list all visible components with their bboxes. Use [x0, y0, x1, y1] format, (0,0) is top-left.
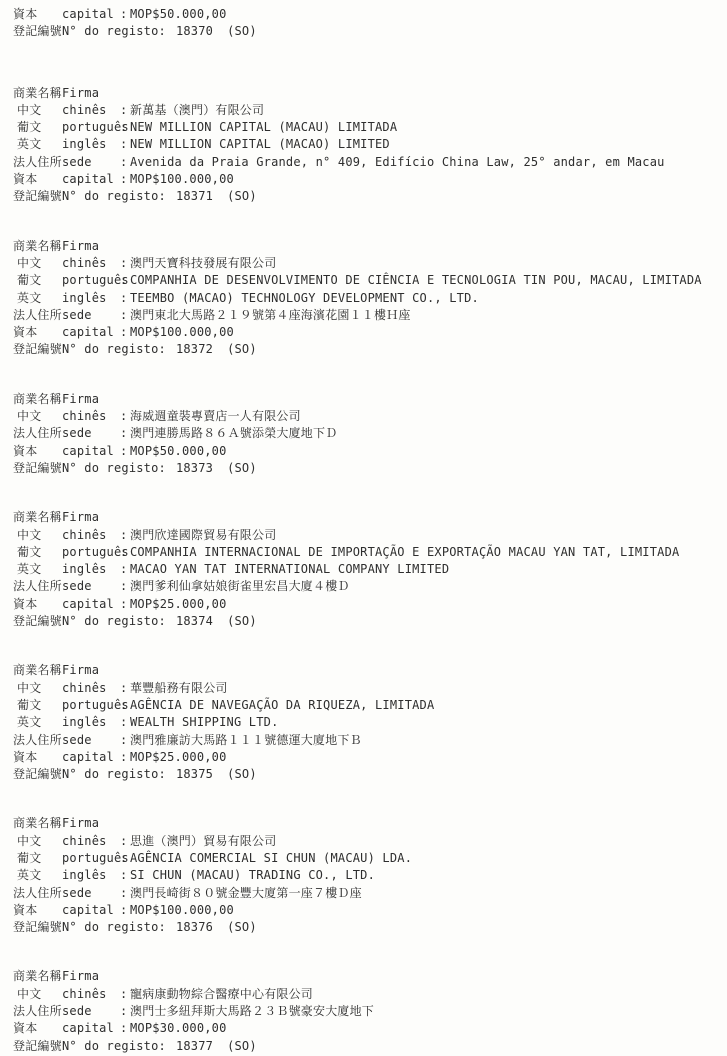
colon-separator: :	[120, 697, 130, 714]
capital-value: MOP$100.000,00	[130, 324, 234, 341]
english-label-pt: inglês	[62, 136, 120, 153]
registo-label-zh: 登記編號	[13, 23, 62, 40]
portuguese-label-zh: 葡文	[13, 697, 62, 714]
colon-separator: :	[120, 850, 130, 867]
firma-label-zh: 商業名稱	[13, 85, 62, 102]
chinese-name-row: 中文 chinês : 新萬基（澳門）有限公司	[13, 102, 721, 119]
registo-row: 登記編號 N° do registo: 18375 (SO)	[13, 766, 721, 783]
portuguese-name-value: AGÊNCIA DE NAVEGAÇÃO DA RIQUEZA, LIMITAD…	[130, 697, 434, 714]
sede-label-zh: 法人住所	[13, 732, 62, 749]
firma-row: 商業名稱 Firma	[13, 238, 721, 255]
registo-row: 登記編號 N° do registo: 18370 (SO)	[13, 23, 721, 40]
colon-separator: :	[120, 544, 130, 561]
sede-row: 法人住所 sede : Avenida da Praia Grande, n° …	[13, 154, 721, 171]
chinese-label-zh: 中文	[13, 255, 62, 272]
capital-label-pt: capital	[62, 443, 120, 460]
portuguese-name-value: COMPANHIA DE DESENVOLVIMENTO DE CIÊNCIA …	[130, 272, 702, 289]
registry-entry: 商業名稱 Firma 中文 chinês : 寵病康動物綜合醫療中心有限公司 法…	[13, 968, 721, 1054]
colon-separator: :	[120, 1020, 130, 1037]
english-label-zh: 英文	[13, 714, 62, 731]
colon-separator: :	[120, 527, 130, 544]
colon-separator: :	[120, 714, 130, 731]
registo-note: (SO)	[227, 460, 257, 477]
english-name-row: 英文 inglês : WEALTH SHIPPING LTD.	[13, 714, 721, 731]
registo-row: 登記編號 N° do registo: 18371 (SO)	[13, 188, 721, 205]
sede-value: 澳門士多紐拜斯大馬路２３Ｂ號豪安大廈地下	[130, 1003, 374, 1020]
firma-row: 商業名稱 Firma	[13, 85, 721, 102]
capital-row: 資本 capital : MOP$100.000,00	[13, 324, 721, 341]
sede-label-pt: sede	[62, 732, 120, 749]
portuguese-label-zh: 葡文	[13, 544, 62, 561]
capital-row: 資本 capital : MOP$50.000,00	[13, 443, 721, 460]
firma-label-zh: 商業名稱	[13, 238, 62, 255]
firma-label-pt: Firma	[62, 238, 120, 255]
colon-separator: :	[120, 732, 130, 749]
chinese-name-row: 中文 chinês : 寵病康動物綜合醫療中心有限公司	[13, 986, 721, 1003]
capital-value: MOP$50.000,00	[130, 6, 227, 23]
portuguese-label-pt: português	[62, 697, 120, 714]
portuguese-name-value: COMPANHIA INTERNACIONAL DE IMPORTAÇÃO E …	[130, 544, 679, 561]
registo-note: (SO)	[227, 341, 257, 358]
capital-row: 資本 capital : MOP$25.000,00	[13, 596, 721, 613]
capital-label-zh: 資本	[13, 6, 62, 23]
sede-label-pt: sede	[62, 425, 120, 442]
capital-label-pt: capital	[62, 171, 120, 188]
chinese-label-pt: chinês	[62, 527, 120, 544]
colon-separator: :	[120, 255, 130, 272]
english-name-value: NEW MILLION CAPITAL (MACAO) LIMITED	[130, 136, 390, 153]
chinese-label-pt: chinês	[62, 255, 120, 272]
registry-gazette-page: 資本 capital : MOP$50.000,00 登記編號 N° do re…	[0, 0, 727, 1056]
colon-separator: :	[120, 867, 130, 884]
english-name-value: MACAO YAN TAT INTERNATIONAL COMPANY LIMI…	[130, 561, 449, 578]
capital-row: 資本 capital : MOP$25.000,00	[13, 749, 721, 766]
capital-label-pt: capital	[62, 596, 120, 613]
chinese-name-row: 中文 chinês : 華豐船務有限公司	[13, 680, 721, 697]
registo-label-pt: N° do registo:	[62, 919, 166, 936]
colon-separator: :	[120, 272, 130, 289]
sede-label-zh: 法人住所	[13, 578, 62, 595]
registo-label-zh: 登記編號	[13, 188, 62, 205]
capital-value: MOP$30.000,00	[130, 1020, 227, 1037]
colon-separator: :	[120, 833, 130, 850]
colon-separator: :	[120, 154, 130, 171]
capital-label-zh: 資本	[13, 902, 62, 919]
registo-label-zh: 登記編號	[13, 341, 62, 358]
registry-entry: 商業名稱 Firma 中文 chinês : 海威週童裝專賣店一人有限公司 法人…	[13, 391, 721, 477]
english-label-pt: inglês	[62, 714, 120, 731]
registo-number: 18373	[176, 460, 213, 477]
registo-label-pt: N° do registo:	[62, 188, 166, 205]
sede-value: Avenida da Praia Grande, n° 409, Edifíci…	[130, 154, 665, 171]
portuguese-label-zh: 葡文	[13, 119, 62, 136]
english-name-row: 英文 inglês : NEW MILLION CAPITAL (MACAO) …	[13, 136, 721, 153]
chinese-name-row: 中文 chinês : 澳門天寶科技發展有限公司	[13, 255, 721, 272]
registo-label-pt: N° do registo:	[62, 341, 166, 358]
chinese-label-zh: 中文	[13, 833, 62, 850]
registo-label-pt: N° do registo:	[62, 613, 166, 630]
colon-separator: :	[120, 596, 130, 613]
english-name-row: 英文 inglês : SI CHUN (MACAU) TRADING CO.,…	[13, 867, 721, 884]
chinese-label-pt: chinês	[62, 680, 120, 697]
english-name-value: WEALTH SHIPPING LTD.	[130, 714, 279, 731]
chinese-label-pt: chinês	[62, 833, 120, 850]
english-name-row: 英文 inglês : MACAO YAN TAT INTERNATIONAL …	[13, 561, 721, 578]
registo-row: 登記編號 N° do registo: 18374 (SO)	[13, 613, 721, 630]
firma-label-pt: Firma	[62, 85, 120, 102]
registo-note: (SO)	[227, 188, 257, 205]
sede-label-pt: sede	[62, 578, 120, 595]
portuguese-label-pt: português	[62, 119, 120, 136]
chinese-name-value: 華豐船務有限公司	[130, 680, 228, 697]
firma-row: 商業名稱 Firma	[13, 509, 721, 526]
chinese-name-value: 思進（澳門）貿易有限公司	[130, 833, 276, 850]
portuguese-name-value: AGÊNCIA COMERCIAL SI CHUN (MACAU) LDA.	[130, 850, 412, 867]
sede-value: 澳門爹利仙拿姑娘街雀里宏昌大廈４樓Ｄ	[130, 578, 350, 595]
portuguese-name-row: 葡文 português : AGÊNCIA COMERCIAL SI CHUN…	[13, 850, 721, 867]
chinese-name-value: 澳門天寶科技發展有限公司	[130, 255, 276, 272]
sede-label-zh: 法人住所	[13, 425, 62, 442]
portuguese-name-value: NEW MILLION CAPITAL (MACAU) LIMITADA	[130, 119, 397, 136]
registo-label-pt: N° do registo:	[62, 460, 166, 477]
english-label-zh: 英文	[13, 867, 62, 884]
english-name-row: 英文 inglês : TEEMBO (MACAO) TECHNOLOGY DE…	[13, 290, 721, 307]
chinese-label-pt: chinês	[62, 102, 120, 119]
sede-row: 法人住所 sede : 澳門連勝馬路８６Ａ號添榮大廈地下Ｄ	[13, 425, 721, 442]
firma-row: 商業名稱 Firma	[13, 662, 721, 679]
registry-entry: 商業名稱 Firma 中文 chinês : 華豐船務有限公司 葡文 portu…	[13, 662, 721, 783]
colon-separator: :	[120, 307, 130, 324]
capital-label-pt: capital	[62, 6, 120, 23]
portuguese-name-row: 葡文 português : NEW MILLION CAPITAL (MACA…	[13, 119, 721, 136]
registo-label-zh: 登記編號	[13, 460, 62, 477]
english-label-zh: 英文	[13, 136, 62, 153]
entries-container: 商業名稱 Firma 中文 chinês : 新萬基（澳門）有限公司 葡文 po…	[13, 85, 721, 1055]
chinese-label-zh: 中文	[13, 527, 62, 544]
chinese-name-value: 海威週童裝專賣店一人有限公司	[130, 408, 301, 425]
chinese-name-value: 新萬基（澳門）有限公司	[130, 102, 264, 119]
colon-separator: :	[120, 902, 130, 919]
chinese-name-value: 澳門欣達國際貿易有限公司	[130, 527, 276, 544]
firma-label-zh: 商業名稱	[13, 815, 62, 832]
registry-entry: 商業名稱 Firma 中文 chinês : 澳門天寶科技發展有限公司 葡文 p…	[13, 238, 721, 359]
firma-label-zh: 商業名稱	[13, 509, 62, 526]
capital-label-pt: capital	[62, 902, 120, 919]
firma-label-pt: Firma	[62, 509, 120, 526]
capital-label-zh: 資本	[13, 749, 62, 766]
chinese-label-zh: 中文	[13, 408, 62, 425]
firma-row: 商業名稱 Firma	[13, 391, 721, 408]
sede-value: 澳門東北大馬路２１９號第４座海濱花園１１樓Ｈ座	[130, 307, 411, 324]
registo-number: 18372	[176, 341, 213, 358]
portuguese-name-row: 葡文 português : COMPANHIA INTERNACIONAL D…	[13, 544, 721, 561]
colon-separator: :	[120, 408, 130, 425]
capital-row: 資本 capital : MOP$30.000,00	[13, 1020, 721, 1037]
registo-row: 登記編號 N° do registo: 18377 (SO)	[13, 1038, 721, 1055]
english-name-value: SI CHUN (MACAU) TRADING CO., LTD.	[130, 867, 375, 884]
portuguese-label-pt: português	[62, 544, 120, 561]
registo-number: 18370	[176, 23, 213, 40]
english-label-pt: inglês	[62, 867, 120, 884]
capital-value: MOP$50.000,00	[130, 443, 227, 460]
firma-row: 商業名稱 Firma	[13, 968, 721, 985]
portuguese-label-zh: 葡文	[13, 272, 62, 289]
capital-label-zh: 資本	[13, 171, 62, 188]
sede-label-zh: 法人住所	[13, 1003, 62, 1020]
sede-row: 法人住所 sede : 澳門士多紐拜斯大馬路２３Ｂ號豪安大廈地下	[13, 1003, 721, 1020]
colon-separator: :	[120, 561, 130, 578]
portuguese-name-row: 葡文 português : COMPANHIA DE DESENVOLVIME…	[13, 272, 721, 289]
registo-number: 18376	[176, 919, 213, 936]
capital-row: 資本 capital : MOP$100.000,00	[13, 902, 721, 919]
firma-label-zh: 商業名稱	[13, 662, 62, 679]
sede-value: 澳門雅廉訪大馬路１１１號德運大廈地下Ｂ	[130, 732, 362, 749]
capital-label-pt: capital	[62, 1020, 120, 1037]
registo-row: 登記編號 N° do registo: 18373 (SO)	[13, 460, 721, 477]
firma-label-pt: Firma	[62, 662, 120, 679]
capital-label-pt: capital	[62, 749, 120, 766]
colon-separator: :	[120, 119, 130, 136]
colon-separator: :	[120, 6, 130, 23]
colon-separator: :	[120, 171, 130, 188]
registo-label-zh: 登記編號	[13, 766, 62, 783]
registo-label-zh: 登記編號	[13, 919, 62, 936]
colon-separator: :	[120, 885, 130, 902]
registo-label-zh: 登記編號	[13, 1038, 62, 1055]
colon-separator: :	[120, 425, 130, 442]
registry-entry: 商業名稱 Firma 中文 chinês : 思進（澳門）貿易有限公司 葡文 p…	[13, 815, 721, 936]
registo-row: 登記編號 N° do registo: 18376 (SO)	[13, 919, 721, 936]
registo-note: (SO)	[227, 23, 257, 40]
chinese-label-pt: chinês	[62, 986, 120, 1003]
registo-note: (SO)	[227, 1038, 257, 1055]
registo-label-pt: N° do registo:	[62, 23, 166, 40]
colon-separator: :	[120, 290, 130, 307]
registo-note: (SO)	[227, 613, 257, 630]
chinese-label-pt: chinês	[62, 408, 120, 425]
registo-label-zh: 登記編號	[13, 613, 62, 630]
capital-value: MOP$25.000,00	[130, 596, 227, 613]
capital-label-zh: 資本	[13, 443, 62, 460]
colon-separator: :	[120, 578, 130, 595]
colon-separator: :	[120, 1003, 130, 1020]
registo-number: 18375	[176, 766, 213, 783]
colon-separator: :	[120, 136, 130, 153]
english-name-value: TEEMBO (MACAO) TECHNOLOGY DEVELOPMENT CO…	[130, 290, 479, 307]
firma-label-pt: Firma	[62, 391, 120, 408]
registo-note: (SO)	[227, 919, 257, 936]
capital-row: 資本 capital : MOP$100.000,00	[13, 171, 721, 188]
firma-label-pt: Firma	[62, 968, 120, 985]
sede-row: 法人住所 sede : 澳門長崎街８０號金豐大廈第一座７樓Ｄ座	[13, 885, 721, 902]
registo-number: 18371	[176, 188, 213, 205]
chinese-label-zh: 中文	[13, 986, 62, 1003]
capital-value: MOP$100.000,00	[130, 902, 234, 919]
chinese-name-row: 中文 chinês : 思進（澳門）貿易有限公司	[13, 833, 721, 850]
colon-separator: :	[120, 102, 130, 119]
colon-separator: :	[120, 324, 130, 341]
sede-value: 澳門連勝馬路８６Ａ號添榮大廈地下Ｄ	[130, 425, 337, 442]
registo-row: 登記編號 N° do registo: 18372 (SO)	[13, 341, 721, 358]
registo-number: 18377	[176, 1038, 213, 1055]
colon-separator: :	[120, 680, 130, 697]
colon-separator: :	[120, 443, 130, 460]
registo-number: 18374	[176, 613, 213, 630]
colon-separator: :	[120, 749, 130, 766]
registo-note: (SO)	[227, 766, 257, 783]
sede-label-pt: sede	[62, 885, 120, 902]
portuguese-name-row: 葡文 português : AGÊNCIA DE NAVEGAÇÃO DA R…	[13, 697, 721, 714]
capital-label-zh: 資本	[13, 596, 62, 613]
firma-row: 商業名稱 Firma	[13, 815, 721, 832]
portuguese-label-pt: português	[62, 272, 120, 289]
registo-label-pt: N° do registo:	[62, 1038, 166, 1055]
capital-row: 資本 capital : MOP$50.000,00	[13, 6, 721, 23]
firma-label-zh: 商業名稱	[13, 968, 62, 985]
sede-row: 法人住所 sede : 澳門雅廉訪大馬路１１１號德運大廈地下Ｂ	[13, 732, 721, 749]
english-label-pt: inglês	[62, 561, 120, 578]
capital-value: MOP$25.000,00	[130, 749, 227, 766]
chinese-name-row: 中文 chinês : 海威週童裝專賣店一人有限公司	[13, 408, 721, 425]
chinese-name-row: 中文 chinês : 澳門欣達國際貿易有限公司	[13, 527, 721, 544]
capital-label-zh: 資本	[13, 1020, 62, 1037]
registry-entry: 商業名稱 Firma 中文 chinês : 澳門欣達國際貿易有限公司 葡文 p…	[13, 509, 721, 630]
portuguese-label-pt: português	[62, 850, 120, 867]
capital-label-pt: capital	[62, 324, 120, 341]
colon-separator: :	[120, 986, 130, 1003]
sede-value: 澳門長崎街８０號金豐大廈第一座７樓Ｄ座	[130, 885, 362, 902]
sede-label-zh: 法人住所	[13, 885, 62, 902]
registry-entry-partial: 資本 capital : MOP$50.000,00 登記編號 N° do re…	[13, 6, 721, 41]
english-label-zh: 英文	[13, 561, 62, 578]
capital-label-zh: 資本	[13, 324, 62, 341]
capital-value: MOP$100.000,00	[130, 171, 234, 188]
portuguese-label-zh: 葡文	[13, 850, 62, 867]
sede-label-pt: sede	[62, 154, 120, 171]
registry-entry: 商業名稱 Firma 中文 chinês : 新萬基（澳門）有限公司 葡文 po…	[13, 85, 721, 206]
english-label-pt: inglês	[62, 290, 120, 307]
registo-label-pt: N° do registo:	[62, 766, 166, 783]
english-label-zh: 英文	[13, 290, 62, 307]
chinese-label-zh: 中文	[13, 102, 62, 119]
sede-row: 法人住所 sede : 澳門爹利仙拿姑娘街雀里宏昌大廈４樓Ｄ	[13, 578, 721, 595]
sede-label-zh: 法人住所	[13, 307, 62, 324]
sede-label-zh: 法人住所	[13, 154, 62, 171]
firma-label-zh: 商業名稱	[13, 391, 62, 408]
chinese-name-value: 寵病康動物綜合醫療中心有限公司	[130, 986, 313, 1003]
sede-label-pt: sede	[62, 1003, 120, 1020]
chinese-label-zh: 中文	[13, 680, 62, 697]
sede-row: 法人住所 sede : 澳門東北大馬路２１９號第４座海濱花園１１樓Ｈ座	[13, 307, 721, 324]
sede-label-pt: sede	[62, 307, 120, 324]
firma-label-pt: Firma	[62, 815, 120, 832]
